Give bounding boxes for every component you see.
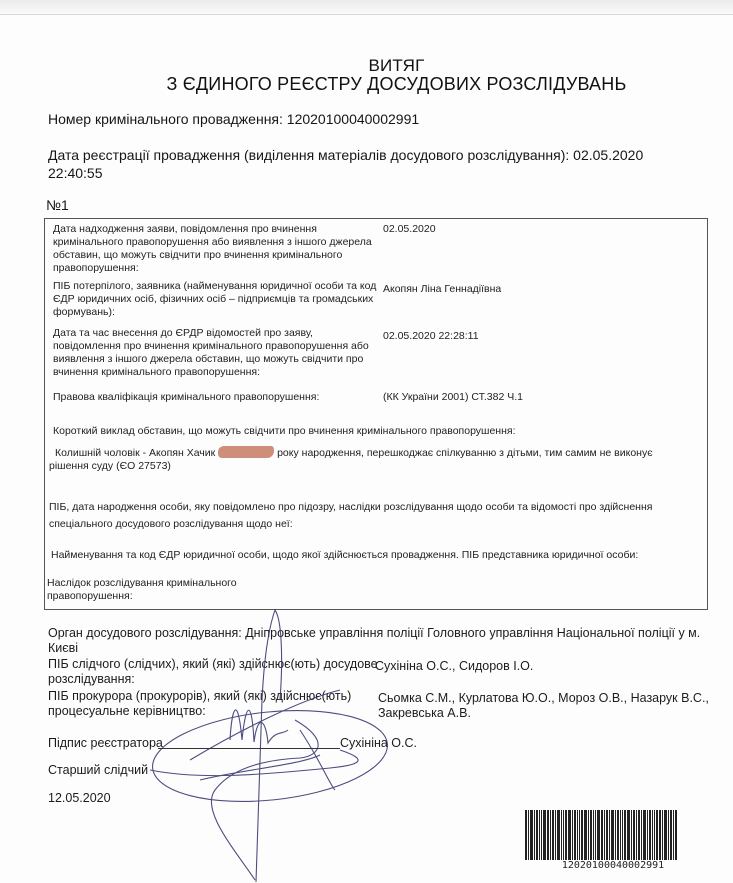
barcode-number: 12020100040002991 bbox=[525, 860, 701, 871]
investigators-label-line2: розслідування: bbox=[48, 672, 135, 686]
legal-entity-label: Найменування та код ЄДР юридичної особи,… bbox=[51, 549, 696, 562]
outcome-label-line1: Наслідок розслідування кримінального bbox=[47, 577, 237, 589]
document-title: ВИТЯГ bbox=[30, 56, 733, 76]
document-date: 12.05.2020 bbox=[48, 791, 111, 806]
prosecutors-label: ПІБ прокурора (прокурорів), який (які) з… bbox=[48, 689, 351, 719]
prosecutors-value-line2: Закревська А.В. bbox=[378, 706, 471, 720]
registrar-name: Сухініна О.С. bbox=[340, 736, 417, 751]
prosecutors-value: Сьомка С.М., Курлатова Ю.О., Мороз О.В.,… bbox=[378, 691, 709, 721]
summary-text-start: Колишній чоловік - Акопян Хачик bbox=[49, 447, 215, 459]
row-value-receipt-date: 02.05.2020 bbox=[383, 223, 436, 236]
suspect-label: ПІБ, дата народження особи, яку повідомл… bbox=[49, 499, 704, 533]
registrar-signature-label: Підпис реєстратора bbox=[48, 736, 163, 751]
outcome-label-line2: правопорушення: bbox=[47, 590, 133, 602]
barcode bbox=[525, 810, 701, 860]
investigation-authority: Орган досудового розслідування: Дніпровс… bbox=[48, 626, 728, 656]
summary-label: Короткий виклад обставин, що можуть свід… bbox=[53, 425, 698, 438]
prosecutors-label-line1: ПІБ прокурора (прокурорів), який (які) з… bbox=[48, 689, 351, 703]
redaction-mark bbox=[218, 446, 274, 458]
register-entry-table: Дата надходження заяви, повідомлення про… bbox=[44, 218, 708, 610]
senior-investigator-label: Старший слідчий bbox=[48, 763, 148, 778]
investigators-label-line1: ПІБ слідчого (слідчих), який (які) здійс… bbox=[48, 657, 378, 671]
row-label-qualification: Правова кваліфікація кримінального право… bbox=[53, 391, 378, 404]
row-value-victim: Акопян Ліна Геннадіївна bbox=[383, 283, 501, 296]
prosecutors-label-line2: процесуальне керівництво: bbox=[48, 704, 206, 718]
outcome-label: Наслідок розслідування кримінального пра… bbox=[47, 577, 237, 603]
row-label-victim: ПІБ потерпілого, заявника (найменування … bbox=[53, 280, 378, 319]
case-number: Номер кримінального провадження: 1202010… bbox=[48, 111, 419, 127]
summary-text-end: року народження, перешкоджає спілкуванню… bbox=[277, 447, 652, 459]
row-value-qualification: (КК України 2001) СТ.382 Ч.1 bbox=[383, 391, 523, 404]
summary-text: Колишній чоловік - Акопян Хачик року нар… bbox=[49, 446, 704, 473]
row-label-receipt-date: Дата надходження заяви, повідомлення про… bbox=[53, 223, 378, 275]
signature-line bbox=[158, 748, 340, 749]
registration-date: Дата реєстрації провадження (виділення м… bbox=[48, 146, 688, 182]
scan-edge bbox=[0, 0, 733, 15]
investigators-label: ПІБ слідчого (слідчих), який (які) здійс… bbox=[48, 657, 378, 687]
row-value-entry-datetime: 02.05.2020 22:28:11 bbox=[383, 330, 479, 343]
prosecutors-value-line1: Сьомка С.М., Курлатова Ю.О., Мороз О.В.,… bbox=[378, 691, 709, 705]
summary-text-line2: рішення суду (ЄО 27573) bbox=[49, 460, 171, 472]
document-subtitle: З ЄДИНОГО РЕЄСТРУ ДОСУДОВИХ РОЗСЛІДУВАНЬ bbox=[30, 74, 733, 95]
entry-number: №1 bbox=[46, 197, 69, 213]
investigators-value: Сухініна О.С., Сидоров І.О. bbox=[375, 659, 533, 674]
row-label-entry-datetime: Дата та час внесення до ЄРДР відомостей … bbox=[53, 327, 378, 379]
